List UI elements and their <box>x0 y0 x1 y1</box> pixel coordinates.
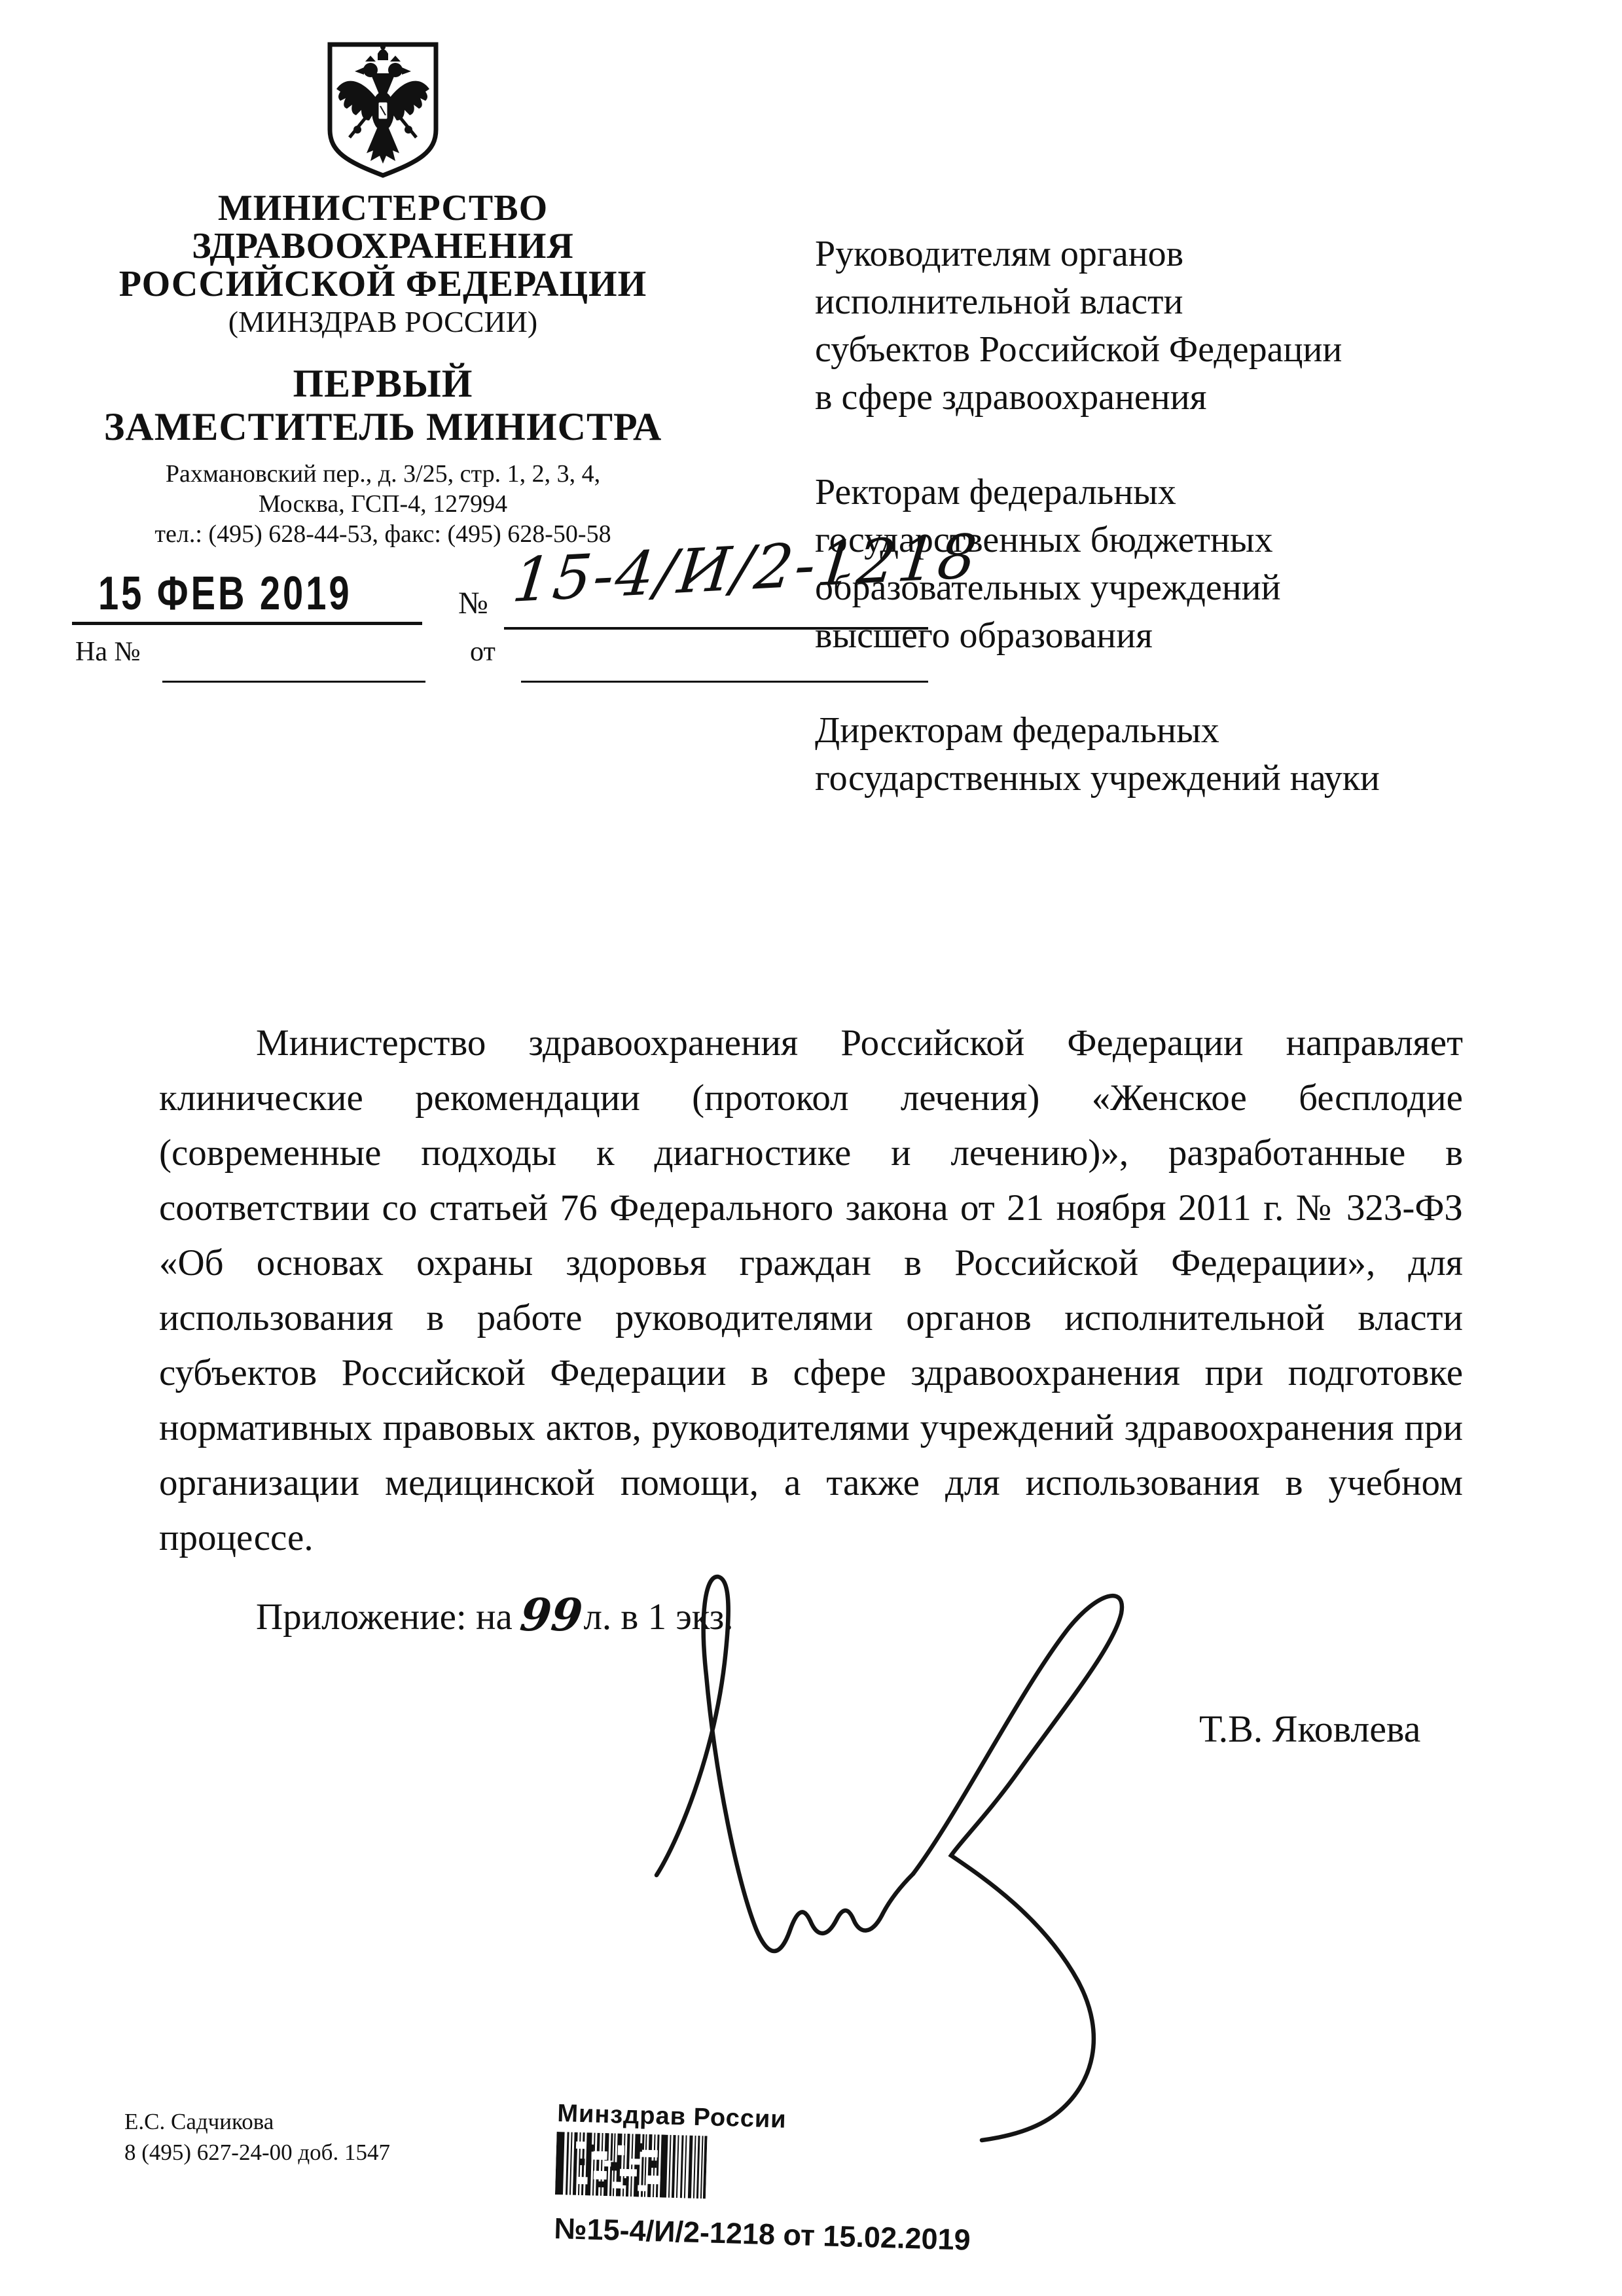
ministry-name-line: ЗДРАВООХРАНЕНИЯ <box>72 227 694 265</box>
attachment-pages-handwritten: 99 <box>518 1589 585 1641</box>
number-sign: № <box>458 585 488 621</box>
addressee-block: Ректорам федеральных государственных бюд… <box>815 469 1456 660</box>
sender-address-line: Рахмановский пер., д. 3/25, стр. 1, 2, 3… <box>72 459 694 489</box>
executor-name: Е.С. Садчикова <box>124 2106 390 2137</box>
letterhead: МИНИСТЕРСТВО ЗДРАВООХРАНЕНИЯ РОССИЙСКОЙ … <box>72 38 694 549</box>
addressee-line: образовательных учреждений <box>815 564 1456 612</box>
addressee-line: в сфере здравоохранения <box>815 374 1456 422</box>
addressee-line: исполнительной власти <box>815 278 1456 326</box>
executor-contact: Е.С. Садчикова 8 (495) 627-24-00 доб. 15… <box>124 2106 390 2168</box>
sender-address: Рахмановский пер., д. 3/25, стр. 1, 2, 3… <box>72 459 694 549</box>
addressee-line: государственных учреждений науки <box>815 755 1456 802</box>
date-underline <box>72 622 422 625</box>
reply-number-label: На № <box>75 636 141 668</box>
sender-position-line: ПЕРВЫЙ <box>72 362 694 405</box>
letter-page: МИНИСТЕРСТВО ЗДРАВООХРАНЕНИЯ РОССИЙСКОЙ … <box>0 0 1622 2296</box>
addressee-line: Директорам федеральных <box>815 707 1456 755</box>
barcode-icon <box>555 2132 708 2198</box>
addressees: Руководителям органов исполнительной вла… <box>815 230 1456 850</box>
ministry-name-line: МИНИСТЕРСТВО <box>72 189 694 227</box>
addressee-line: Ректорам федеральных <box>815 469 1456 516</box>
sender-address-line: Москва, ГСП-4, 127994 <box>72 489 694 519</box>
date-stamp: 15 ФЕВ 2019 <box>98 567 351 620</box>
addressee-block: Директорам федеральных государственных у… <box>815 707 1456 802</box>
addressee-line: высшего образования <box>815 612 1456 660</box>
addressee-line: Руководителям органов <box>815 230 1456 278</box>
attachment-prefix: Приложение: на <box>256 1596 513 1638</box>
ministry-name-line: РОССИЙСКОЙ ФЕДЕРАЦИИ <box>72 265 694 303</box>
registration-stamp: Минздрав России <box>554 2100 974 2257</box>
registration-number: №15-4/И/2-1218 от 15.02.2019 <box>554 2212 971 2257</box>
executor-phone: 8 (495) 627-24-00 доб. 1547 <box>124 2137 390 2168</box>
reply-number-blank-line <box>162 681 425 683</box>
coat-of-arms-icon <box>72 38 694 185</box>
signer-name: Т.В. Яковлева <box>1199 1707 1420 1751</box>
ministry-short-name: (МИНЗДРАВ РОССИИ) <box>72 304 694 340</box>
reply-date-label: от <box>470 636 496 668</box>
addressee-block: Руководителям органов исполнительной вла… <box>815 230 1456 422</box>
sender-position-line: ЗАМЕСТИТЕЛЬ МИНИСТРА <box>72 405 694 448</box>
sender-position: ПЕРВЫЙ ЗАМЕСТИТЕЛЬ МИНИСТРА <box>72 362 694 448</box>
handwritten-signature <box>651 1561 1185 2153</box>
addressee-line: государственных бюджетных <box>815 516 1456 564</box>
body-paragraph: Министерство здравоохранения Российской … <box>159 1016 1463 1566</box>
ministry-name: МИНИСТЕРСТВО ЗДРАВООХРАНЕНИЯ РОССИЙСКОЙ … <box>72 189 694 340</box>
addressee-line: субъектов Российской Федерации <box>815 326 1456 374</box>
